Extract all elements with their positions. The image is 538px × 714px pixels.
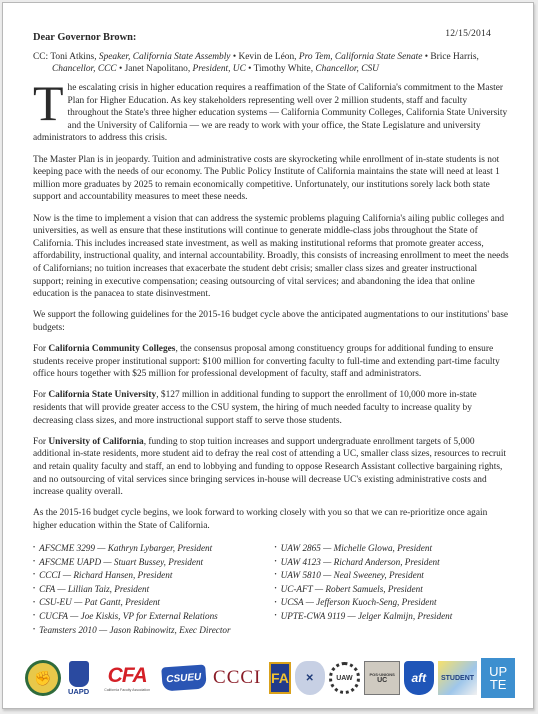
cc-line: CC: Toni Atkins, Speaker, California Sta… bbox=[33, 51, 503, 76]
cc-recipient: Kevin de Léon, Pro Tem, California State… bbox=[238, 52, 422, 62]
signatory: UPTE-CWA 9119 — Jelger Kalmijn, Presiden… bbox=[275, 610, 514, 624]
csueu-logo-icon: CSUEU bbox=[161, 665, 206, 692]
separator: • bbox=[233, 52, 236, 62]
signatory: UAW 4123 — Richard Anderson, President bbox=[275, 556, 514, 570]
signatory: CFA — Lillian Taiz, President bbox=[33, 583, 272, 597]
cfa-logo-icon: CFACalifornia Faculty Association bbox=[96, 658, 157, 698]
union-logos-row: ✊ UAPD CFACalifornia Faculty Association… bbox=[25, 655, 515, 701]
cucfa-logo-icon: FA bbox=[269, 662, 291, 694]
paragraph-ccc: For California Community Colleges, the c… bbox=[33, 343, 509, 381]
signatory: UAW 5810 — Neal Sweeney, President bbox=[275, 569, 514, 583]
salutation: Dear Governor Brown: bbox=[33, 32, 136, 43]
signatory: UCSA — Jefferson Kuoch-Seng, President bbox=[275, 596, 514, 610]
signatory: UC-AFT — Robert Samuels, President bbox=[275, 583, 514, 597]
signatories: AFSCME 3299 — Kathryn Lybarger, Presiden… bbox=[33, 542, 513, 637]
ccci-logo-icon: CCCI bbox=[209, 658, 264, 698]
ucsa-logo-icon: STUDENT bbox=[438, 661, 478, 695]
afscme-logo-icon: ✊ bbox=[25, 660, 61, 696]
upte-logo-icon: UPTE bbox=[481, 658, 515, 698]
signatory: Teamsters 2010 — Jason Rabinowitz, Exec … bbox=[33, 624, 272, 638]
uaw-logo-icon: UAW bbox=[329, 662, 361, 694]
cc-recipient: Brice Harris, bbox=[430, 52, 478, 62]
uc-aft-logo-icon: POS·UNIONSUC bbox=[364, 661, 400, 695]
paragraph-closing: As the 2015-16 budget cycle begins, we l… bbox=[33, 507, 509, 532]
paragraph-vision: Now is the time to implement a vision th… bbox=[33, 213, 509, 301]
signatory: CUCFA — Joe Kiskis, VP for External Rela… bbox=[33, 610, 272, 624]
drop-cap: T bbox=[33, 84, 64, 122]
signatory: AFSCME UAPD — Stuart Bussey, President bbox=[33, 556, 272, 570]
signatories-left: AFSCME 3299 — Kathryn Lybarger, Presiden… bbox=[33, 542, 272, 637]
letter-body: The escalating crisis in higher educatio… bbox=[33, 82, 509, 541]
letter-page: 12/15/2014 Dear Governor Brown: CC: Toni… bbox=[2, 2, 534, 709]
paragraph-guidelines: We support the following guidelines for … bbox=[33, 309, 509, 334]
signatory: UAW 2865 — Michelle Glowa, President bbox=[275, 542, 514, 556]
cc-recipient: Toni Atkins, Speaker, California State A… bbox=[50, 52, 230, 62]
paragraph-master-plan: The Master Plan is in jeopardy. Tuition … bbox=[33, 154, 509, 204]
paragraph-csu: For California State University, $127 mi… bbox=[33, 389, 509, 427]
letter-date: 12/15/2014 bbox=[445, 28, 491, 39]
intro-paragraph: The escalating crisis in higher educatio… bbox=[33, 82, 509, 145]
separator: • bbox=[425, 52, 428, 62]
uapd-logo-icon: UAPD bbox=[65, 658, 93, 698]
signatory: CCCI — Richard Hansen, President bbox=[33, 569, 272, 583]
signatory: AFSCME 3299 — Kathryn Lybarger, Presiden… bbox=[33, 542, 272, 556]
signatories-right: UAW 2865 — Michelle Glowa, President UAW… bbox=[272, 542, 514, 637]
signatory: CSU-EU — Pat Gantt, President bbox=[33, 596, 272, 610]
teamsters-logo-icon: ✕ bbox=[295, 661, 325, 695]
cc-label: CC: bbox=[33, 52, 48, 62]
paragraph-uc: For University of California, funding to… bbox=[33, 436, 509, 499]
cc-continuation: Chancellor, CCC • Janet Napolitano, Pres… bbox=[33, 63, 503, 75]
aft-logo-icon: aft bbox=[404, 661, 434, 695]
